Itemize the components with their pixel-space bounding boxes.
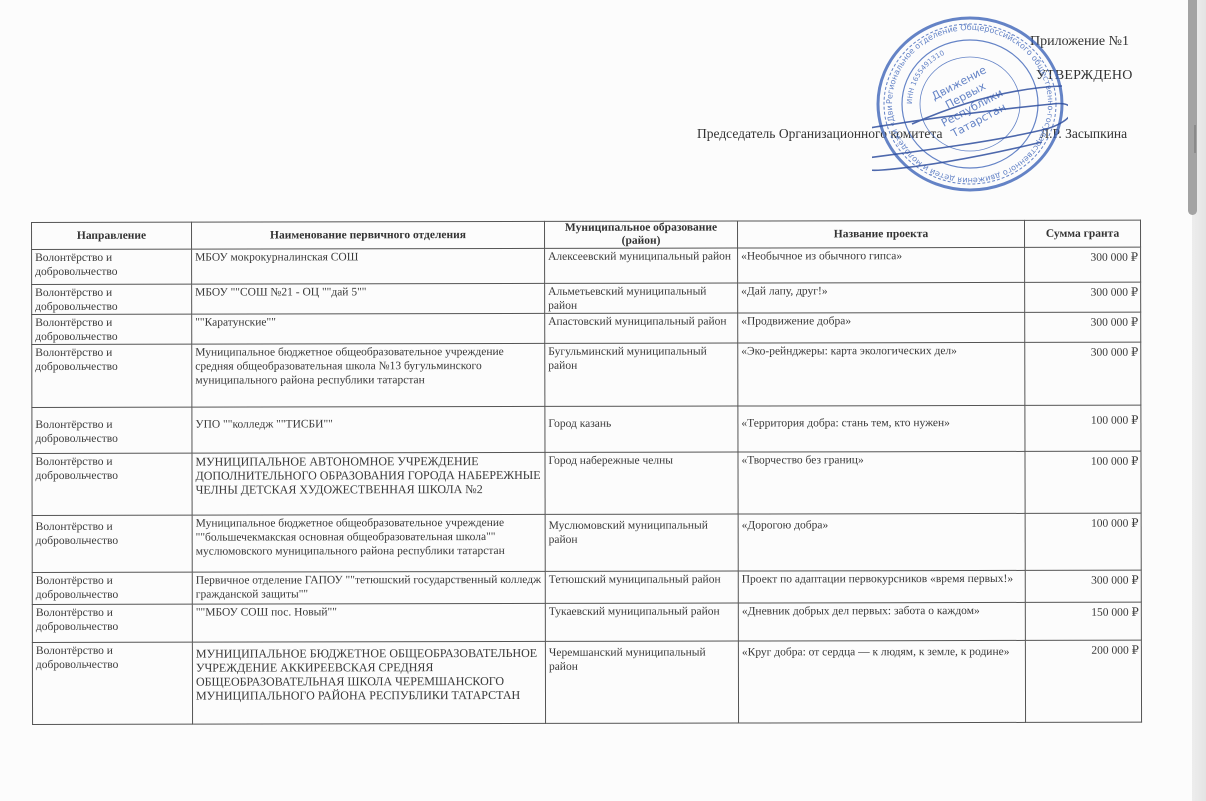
cell-organization: МУНИЦИПАЛЬНОЕ АВТОНОМНОЕ УЧРЕЖДЕНИЕ ДОПО… <box>192 452 545 515</box>
vertical-scrollbar-thumb[interactable] <box>1188 0 1197 215</box>
cell-amount: 100 000 ₽ <box>1025 405 1141 451</box>
table-row: Волонтёрство и добровольчество УПО ""кол… <box>32 405 1141 453</box>
cell-municipality: Город набережные челны <box>545 452 738 514</box>
cell-amount: 300 000 ₽ <box>1025 312 1141 342</box>
stamp-outer-text: Региональное отделение Общероссийского о… <box>872 12 1055 185</box>
stamp-center-line-3: Республики <box>939 86 1005 129</box>
cell-project: «Территория добра: стань тем, кто нужен» <box>738 405 1025 452</box>
header-direction: Направление <box>32 222 192 249</box>
header-amount: Сумма гранта <box>1024 220 1140 247</box>
cell-municipality: Тетюшский муниципальный район <box>545 571 738 603</box>
cell-project: «Творчество без границ» <box>738 451 1025 514</box>
grants-table: Направление Наименование первичного отде… <box>31 220 1142 725</box>
table-row: Волонтёрство и добровольчество МБОУ мокр… <box>32 247 1141 284</box>
cell-direction: Волонтёрство и добровольчество <box>32 407 192 453</box>
signer-name: Л.Р. Засыпкина <box>1040 126 1127 142</box>
cell-project: «Продвижение добра» <box>738 312 1025 343</box>
cell-project: «Дай лапу, друг!» <box>738 282 1025 313</box>
stamp-center-line-1: Движение <box>929 63 988 103</box>
svg-text:ИНН 1655491310: ИНН 1655491310 <box>906 49 946 104</box>
document-page: Приложение №1 УТВЕРЖДЕНО Председатель Ор… <box>0 0 1192 801</box>
cell-amount: 300 000 ₽ <box>1025 247 1141 282</box>
cell-project: «Дневник добрых дел первых: забота о каж… <box>738 602 1025 641</box>
cell-organization: УПО ""колледж ""ТИСБИ"" <box>192 406 545 453</box>
stamp-center-line-2: Первых <box>943 79 988 111</box>
table-row: Волонтёрство и добровольчество МБОУ ""СО… <box>32 282 1141 314</box>
cell-organization: Муниципальное бюджетное общеобразователь… <box>192 514 545 572</box>
cell-organization: ""МБОУ СОШ пос. Новый"" <box>192 603 545 642</box>
header-organization: Наименование первичного отделения <box>192 221 545 249</box>
cell-project: «Круг добра: от сердца — к людям, к земл… <box>738 640 1025 723</box>
cell-municipality: Тукаевский муниципальный район <box>545 603 738 641</box>
cell-direction: Волонтёрство и добровольчество <box>32 453 192 515</box>
cell-direction: Волонтёрство и добровольчество <box>32 344 192 407</box>
stamp-center-line-4: Татарстан <box>948 101 1008 141</box>
cell-project: Проект по адаптации первокурсников «врем… <box>738 570 1025 603</box>
cell-organization: МУНИЦИПАЛЬНОЕ БЮДЖЕТНОЕ ОБЩЕОБРАЗОВАТЕЛЬ… <box>192 641 545 724</box>
cell-organization: МБОУ мокрокурналинская СОШ <box>192 248 545 284</box>
table-row: Волонтёрство и добровольчество ""МБОУ СО… <box>32 602 1141 642</box>
cell-municipality: Бугульминский муниципальный район <box>545 343 738 406</box>
document-viewer: Приложение №1 УТВЕРЖДЕНО Председатель Ор… <box>0 0 1206 801</box>
cell-amount: 100 000 ₽ <box>1025 513 1141 570</box>
cell-amount: 150 000 ₽ <box>1025 602 1141 640</box>
cell-direction: Волонтёрство и добровольчество <box>32 642 192 724</box>
table-row: Волонтёрство и добровольчество Первичное… <box>32 570 1141 604</box>
cell-direction: Волонтёрство и добровольчество <box>32 314 192 344</box>
cell-project: «Дорогою добра» <box>738 513 1025 571</box>
cell-amount: 300 000 ₽ <box>1025 282 1141 312</box>
cell-municipality: Черемшанский муниципальный район <box>545 641 738 723</box>
cell-organization: Первичное отделение ГАПОУ ""тетюшский го… <box>192 571 545 604</box>
cell-amount: 200 000 ₽ <box>1025 640 1141 722</box>
cell-direction: Волонтёрство и добровольчество <box>32 604 192 642</box>
cell-municipality: Альметьевский муниципальный район <box>545 283 738 313</box>
cell-organization: Муниципальное бюджетное общеобразователь… <box>192 343 545 407</box>
page-edge-mark <box>1194 125 1196 153</box>
cell-direction: Волонтёрство и добровольчество <box>32 249 192 284</box>
cell-amount: 100 000 ₽ <box>1025 451 1141 513</box>
table-row: Волонтёрство и добровольчество МУНИЦИПАЛ… <box>32 451 1141 515</box>
table-row: Волонтёрство и добровольчество Муниципал… <box>32 513 1141 572</box>
header-project: Название проекта <box>737 220 1024 248</box>
cell-direction: Волонтёрство и добровольчество <box>32 515 192 572</box>
cell-amount: 300 000 ₽ <box>1025 570 1141 602</box>
table-row: Волонтёрство и добровольчество МУНИЦИПАЛ… <box>32 640 1141 724</box>
chairman-label: Председатель Организационного комитета <box>697 126 942 142</box>
table-row: Волонтёрство и добровольчество ""Каратун… <box>32 312 1141 344</box>
cell-municipality: Алексеевский муниципальный район <box>545 248 738 283</box>
cell-direction: Волонтёрство и добровольчество <box>32 572 192 604</box>
cell-municipality: Апастовский муниципальный район <box>545 313 738 343</box>
cell-organization: ""Каратунские"" <box>192 313 545 344</box>
cell-organization: МБОУ ""СОШ №21 - ОЦ ""дай 5"" <box>192 283 545 314</box>
cell-municipality: Муслюмовский муниципальный район <box>545 514 738 571</box>
cell-project: «Эко-рейнджеры: карта экологических дел» <box>738 342 1025 406</box>
cell-direction: Волонтёрство и добровольчество <box>32 284 192 314</box>
table-header-row: Направление Наименование первичного отде… <box>32 220 1141 249</box>
appendix-label: Приложение №1 <box>1030 34 1129 50</box>
svg-text:Региональное отделение Общерос: Региональное отделение Общероссийского о… <box>872 12 1055 185</box>
stamp-inn-text: ИНН 1655491310 <box>906 49 946 104</box>
cell-project: «Необычное из обычного гипса» <box>738 247 1025 283</box>
cell-amount: 300 000 ₽ <box>1025 342 1141 405</box>
header-municipality: Муниципальное образование (район) <box>544 221 737 248</box>
cell-municipality: Город казань <box>545 406 738 452</box>
approved-label: УТВЕРЖДЕНО <box>1036 68 1133 84</box>
table-row: Волонтёрство и добровольчество Муниципал… <box>32 342 1141 407</box>
